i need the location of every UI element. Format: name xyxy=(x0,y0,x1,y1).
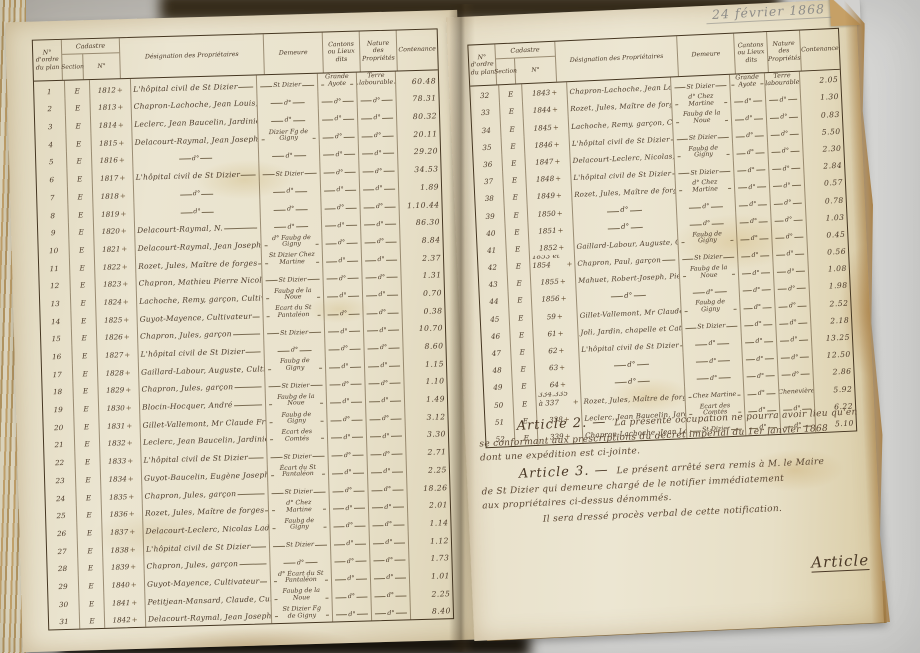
cell-sec: E xyxy=(500,101,524,119)
cell-sec: E xyxy=(69,222,94,240)
cell-cont: 1.15 xyxy=(404,353,446,372)
cell-dem: Écart du St Pantaléon xyxy=(268,463,329,482)
cell-no: 23 xyxy=(45,470,76,489)
cell-num: 1835 xyxy=(101,486,142,505)
cell-dem: St Dizier Fg de Gigny xyxy=(272,604,333,623)
cell-canton: d° xyxy=(732,108,768,127)
cell-no: 5 xyxy=(36,152,67,171)
cell-cont: 12.50 xyxy=(812,345,853,364)
cell-num: 1836 xyxy=(102,503,143,522)
cell-no: 28 xyxy=(47,558,78,577)
cell-nature: d° xyxy=(769,157,805,176)
cell-num: 61 xyxy=(533,323,579,342)
cell-sec: E xyxy=(78,540,103,558)
cell-canton: d° xyxy=(327,391,366,410)
cell-sec: E xyxy=(502,136,526,154)
cell-cont: 60.48 xyxy=(396,70,438,89)
cell-num: 1817 xyxy=(92,167,133,186)
cell-no: 39 xyxy=(476,205,506,223)
cell-no: 25 xyxy=(46,505,77,524)
cell-cont: 1.49 xyxy=(405,389,447,408)
cell-num: 1843 xyxy=(522,82,568,101)
cell-no: 47 xyxy=(482,343,512,361)
cell-num: 1853 et 1854 xyxy=(530,254,576,273)
cell-no: 29 xyxy=(48,576,79,595)
cell-no: 1 xyxy=(34,81,65,100)
cell-num: 1816 xyxy=(92,150,133,169)
cell-nature: d° xyxy=(365,372,404,391)
cell-no: 40 xyxy=(476,223,506,241)
cell-sec: E xyxy=(507,256,531,274)
cell-canton: d° xyxy=(325,320,364,339)
cell-no: 15 xyxy=(41,328,72,347)
cell-sec: E xyxy=(501,119,525,137)
cell-cont: 0.83 xyxy=(801,104,842,123)
cell-nature: d° xyxy=(368,478,407,497)
cell-cont: 3.30 xyxy=(406,424,448,443)
cell-canton: d° xyxy=(733,142,769,161)
cell-cont: 1.14 xyxy=(408,512,450,531)
cell-num: 1825 xyxy=(96,309,137,328)
cell-dem: d° Faubg de Gigny xyxy=(261,233,322,252)
cell-sec: E xyxy=(505,204,529,222)
cell-no: 34 xyxy=(472,120,502,138)
cell-sec: E xyxy=(68,204,93,222)
cell-sec: E xyxy=(70,257,95,275)
header-designation: Désignation des Propriétaires xyxy=(120,34,265,78)
cell-sec: E xyxy=(74,416,99,434)
cell-dem: St Dizier Faubg de Gigny xyxy=(269,516,330,535)
header-parcel-number: N° xyxy=(515,57,556,84)
cell-no: 3 xyxy=(35,116,66,135)
cell-cont: 1.73 xyxy=(409,548,451,567)
cell-num: 1812 xyxy=(90,79,131,98)
cell-no: 38 xyxy=(475,188,505,206)
cell-canton: d° xyxy=(322,232,361,251)
cell-canton: d° xyxy=(731,90,767,109)
cell-canton: d° xyxy=(323,267,362,286)
cell-sec: E xyxy=(509,290,533,308)
cell-sec: E xyxy=(502,153,526,171)
cell-sec: E xyxy=(76,469,101,487)
cell-cont: 1.10 xyxy=(404,371,446,390)
cell-no: 12 xyxy=(39,275,70,294)
cell-no: 21 xyxy=(44,434,75,453)
cell-cont: 3.12 xyxy=(405,406,447,425)
cell-sec: E xyxy=(511,342,535,360)
cell-num: 1856 xyxy=(532,288,578,307)
cell-nature: d° xyxy=(371,584,410,603)
header-order-number: N° d'ordre du plan xyxy=(33,40,63,81)
cell-dem: d° Chez Martine xyxy=(269,498,330,517)
cell-num: 1851 xyxy=(528,220,574,239)
folded-corner xyxy=(829,0,860,26)
cell-num: 1829 xyxy=(98,380,139,399)
cell-canton: d° xyxy=(321,196,360,215)
cell-dem: St Dizier xyxy=(262,268,323,287)
cell-canton: d° xyxy=(331,550,370,569)
cell-sec: E xyxy=(77,504,102,522)
cell-dem: d° xyxy=(258,109,319,128)
cell-dem: St Dizier xyxy=(264,321,325,340)
cell-nature: d° xyxy=(369,496,408,515)
cell-no: 46 xyxy=(481,326,511,344)
cell-canton: d° xyxy=(324,302,363,321)
cell-canton: d° xyxy=(330,515,369,534)
cell-nature: d° xyxy=(768,140,804,159)
cell-nature: d° xyxy=(360,195,399,214)
cell-dem: d° xyxy=(270,551,331,570)
cell-sec: E xyxy=(69,239,94,257)
cell-canton: d° xyxy=(735,176,771,195)
cell-nature: Chenevière xyxy=(779,381,815,400)
cell-sec: E xyxy=(512,359,536,377)
cell-dem: St Dizier xyxy=(259,162,320,181)
cell-no: 33 xyxy=(471,102,501,120)
cell-cont: 5.50 xyxy=(802,121,843,140)
cell-sec: E xyxy=(513,393,537,411)
cell-canton: d° xyxy=(735,193,771,212)
cell-num: 64 xyxy=(535,374,581,393)
cell-canton: d° xyxy=(330,497,369,516)
cell-cont: 1.30 xyxy=(801,87,842,106)
cell-num: 63 xyxy=(535,357,581,376)
cell-canton: d° xyxy=(743,365,779,384)
cell-canton: d° xyxy=(734,159,770,178)
cell-num: 1834 xyxy=(101,468,142,487)
cell-nature: d° xyxy=(361,213,400,232)
cell-nature: d° xyxy=(772,226,808,245)
cell-sec: E xyxy=(66,133,91,151)
ledger-photograph: 24 février 1868 N° d'ordre du plan Cadas… xyxy=(0,0,920,653)
cell-cont: 2.01 xyxy=(408,495,450,514)
cell-cont: 1.03 xyxy=(806,207,847,226)
cell-num: 1842 xyxy=(105,609,146,628)
cell-nature: d° xyxy=(363,284,402,303)
cell-nature: d° xyxy=(773,260,809,279)
cell-dem: St Dizier Écart des Comtés xyxy=(267,427,328,446)
cell-no: 26 xyxy=(46,523,77,542)
cell-dem: St Dizier Chez Martine xyxy=(262,251,323,270)
cell-cont: 10.70 xyxy=(403,318,445,337)
cell-nature: d° xyxy=(369,514,408,533)
cell-canton: d° xyxy=(333,603,372,622)
cell-nature: d° xyxy=(774,278,810,297)
cell-sec: E xyxy=(67,151,92,169)
cell-nature: d° xyxy=(358,125,397,144)
cell-cont: 2.25 xyxy=(410,583,452,602)
cell-sec: E xyxy=(509,307,533,325)
cell-sec: E xyxy=(75,451,100,469)
cell-num: 1813 xyxy=(90,97,131,116)
cell-nature: d° xyxy=(776,312,812,331)
cell-num: 1832 xyxy=(100,433,141,452)
cell-no: 10 xyxy=(38,240,69,259)
cell-cont: 2.86 xyxy=(813,362,854,381)
cell-cont: 0.57 xyxy=(805,173,846,192)
cell-num: 1831 xyxy=(99,415,140,434)
cell-nature: d° xyxy=(364,319,403,338)
cell-nature: d° xyxy=(372,602,411,621)
cell-cont: 1.31 xyxy=(401,265,443,284)
cell-dem: Écart des Comtés St Dizier Fg de Gigny xyxy=(258,127,319,146)
cell-nature: d° xyxy=(773,243,809,262)
cell-name: Delacourt-Raymal, Jean Joseph xyxy=(146,606,272,627)
cell-nature: d° xyxy=(775,295,811,314)
cell-dem: St Dizier xyxy=(270,533,331,552)
cell-num: 1846 xyxy=(524,134,570,153)
cell-canton: d° xyxy=(327,409,366,428)
left-table: N° d'ordre du plan Cadastre Section N° D… xyxy=(32,28,454,630)
cell-no: 32 xyxy=(470,85,500,103)
cell-no: 14 xyxy=(40,311,71,330)
cell-no: 4 xyxy=(35,134,66,153)
cell-num: 1820 xyxy=(94,220,135,239)
article-2-label: Article 2. — xyxy=(516,415,606,434)
cell-num: 1844 xyxy=(523,99,569,118)
cell-no: 16 xyxy=(41,346,72,365)
cell-sec: E xyxy=(504,187,528,205)
cell-cont: 1.12 xyxy=(409,530,451,549)
cell-cont: 20.11 xyxy=(397,123,439,142)
cell-nature: d° xyxy=(770,192,806,211)
header-parcel-number: N° xyxy=(83,53,120,79)
cell-nature: d° xyxy=(367,443,406,462)
cell-nature: d° xyxy=(370,531,409,550)
cell-dem: d° xyxy=(260,180,321,199)
cell-sec: E xyxy=(79,575,104,593)
cell-canton: d° xyxy=(325,338,364,357)
articles-text: Article 2. —La présente occupation ne po… xyxy=(478,401,865,530)
cell-num: 59 xyxy=(532,305,578,324)
cell-nature: Terre labourable xyxy=(765,72,801,91)
cell-cont: 2.37 xyxy=(401,247,443,266)
cell-no: 31 xyxy=(49,611,80,630)
cell-sec: E xyxy=(73,381,98,399)
cell-num: 1830 xyxy=(99,397,140,416)
cell-canton: d° xyxy=(736,211,772,230)
header-section: Section xyxy=(62,54,84,80)
cell-num: 1839 xyxy=(103,556,144,575)
cell-dem: St Dizier Faubg de Gigny xyxy=(266,410,327,429)
cell-no: 42 xyxy=(478,257,508,275)
cell-sec: E xyxy=(72,345,97,363)
article-3-label: Article 3. — xyxy=(519,463,609,482)
cell-sec: E xyxy=(499,84,523,102)
cell-cont: 0.78 xyxy=(805,190,846,209)
cell-cont: 0.45 xyxy=(807,224,848,243)
cell-no: 22 xyxy=(44,452,75,471)
cell-cont: 1.01 xyxy=(410,565,452,584)
cell-num: 1848 xyxy=(526,168,572,187)
cell-canton: d° xyxy=(740,296,776,315)
cell-num: 1852 xyxy=(529,237,575,256)
header-canton: Cantons ou Lieux dits xyxy=(734,32,769,73)
header-nature: Nature des Propriétés xyxy=(767,31,802,72)
cell-num: 1827 xyxy=(97,344,138,363)
cell-no: 48 xyxy=(483,360,513,378)
cell-no: 8 xyxy=(37,205,68,224)
cell-sec: E xyxy=(76,487,101,505)
cell-cont: 1.08 xyxy=(808,259,849,278)
cell-canton: d° xyxy=(326,356,365,375)
cell-cont: 0.70 xyxy=(402,283,444,302)
cell-nature: d° xyxy=(778,364,814,383)
cell-nature: d° xyxy=(365,354,404,373)
cell-sec: E xyxy=(79,593,104,611)
cell-dem: d° xyxy=(261,215,322,234)
cell-dem: d° xyxy=(257,91,318,110)
cell-canton: d° xyxy=(331,532,370,551)
cell-no: 7 xyxy=(37,187,68,206)
cell-dem: St Dizier Écart du St Pantaléon xyxy=(263,304,324,323)
cell-dem: St Dizier Faubg de la Noue xyxy=(263,286,324,305)
cell-cont: 34.53 xyxy=(398,159,440,178)
cell-num: 1824 xyxy=(96,291,137,310)
cell-canton: d° xyxy=(742,331,778,350)
cell-no: 43 xyxy=(479,274,509,292)
ledger-right-page: N° d'ordre du plan Cadastre Section N° D… xyxy=(446,0,884,641)
cell-canton: d° xyxy=(742,348,778,367)
cell-dem: St Dizier xyxy=(265,374,326,393)
cell-sec: E xyxy=(71,292,96,310)
cell-nature: d° xyxy=(766,106,802,125)
header-canton: Cantons ou Lieux dits xyxy=(323,32,361,73)
cell-nature: d° xyxy=(770,175,806,194)
cell-canton: d° xyxy=(732,125,768,144)
cell-dem: St Dizier Faubg de la Noue xyxy=(271,586,332,605)
cell-no: 11 xyxy=(39,258,70,277)
cell-sec: E xyxy=(71,310,96,328)
cell-nature: d° xyxy=(363,301,402,320)
cell-sec: E xyxy=(70,275,95,293)
cell-canton: d° xyxy=(318,90,357,109)
cell-num: 1837 xyxy=(102,521,143,540)
cell-num: 1847 xyxy=(525,151,571,170)
cell-num: 334.335 à 337 xyxy=(536,391,582,410)
cell-num: 1819 xyxy=(93,203,134,222)
cell-dem: d° xyxy=(259,144,320,163)
cell-sec: E xyxy=(65,98,90,116)
cell-cont: 1.89 xyxy=(399,176,441,195)
cell-cont: 2.71 xyxy=(406,442,448,461)
cell-cont: 13.25 xyxy=(812,327,853,346)
cell-nature: d° xyxy=(359,142,398,161)
cell-canton: La Grande Ayote xyxy=(318,73,357,92)
cell-num: 1818 xyxy=(93,185,134,204)
cell-canton: d° xyxy=(329,479,368,498)
cell-sec: E xyxy=(67,168,92,186)
header-section: Section xyxy=(496,59,516,85)
cell-sec: E xyxy=(505,222,529,240)
cell-dem: Faubg de Gigny xyxy=(265,357,326,376)
header-designation: Désignation des Propriétaires xyxy=(555,36,679,81)
cell-canton: d° xyxy=(320,161,359,180)
cell-num: 1850 xyxy=(528,202,574,221)
cell-canton: d° xyxy=(332,585,371,604)
cell-num: 1822 xyxy=(95,256,136,275)
cell-cont: 1.10.44 xyxy=(399,194,441,213)
cell-canton: d° xyxy=(324,285,363,304)
cell-nature: d° xyxy=(370,549,409,568)
cell-sec: E xyxy=(68,186,93,204)
cell-no: 35 xyxy=(473,137,503,155)
header-cadastre: Cadastre xyxy=(62,38,119,55)
cell-num: 62 xyxy=(534,340,580,359)
cell-sec: E xyxy=(506,239,530,257)
header-demeure: Demeure xyxy=(677,34,736,77)
cell-nature: d° xyxy=(771,209,807,228)
cell-dem: d° Écart du St Pantaléon xyxy=(271,569,332,588)
cell-nature: d° xyxy=(766,89,802,108)
cell-sec: E xyxy=(77,522,102,540)
cell-num: 1838 xyxy=(103,539,144,558)
cell-sec: E xyxy=(66,115,91,133)
cell-nature: d° xyxy=(371,567,410,586)
cell-num: 1814 xyxy=(91,114,132,133)
cell-no: 36 xyxy=(473,154,503,172)
cell-nature: d° xyxy=(364,337,403,356)
cell-no: 27 xyxy=(47,540,78,559)
cell-num: 1821 xyxy=(94,238,135,257)
cell-num: 1840 xyxy=(104,574,145,593)
cell-no: 17 xyxy=(42,364,73,383)
cell-no: 49 xyxy=(483,377,513,395)
cell-sec: E xyxy=(65,80,90,98)
cell-canton: d° xyxy=(319,108,358,127)
cell-cont: 29.20 xyxy=(398,141,440,160)
header-contenance: Contenance xyxy=(800,29,840,71)
cell-canton: d° xyxy=(319,126,358,145)
cell-canton: La Grande Ayote xyxy=(730,73,766,92)
cell-cont: 0.38 xyxy=(402,300,444,319)
cell-canton: d° xyxy=(322,214,361,233)
cell-dem: Faubg de la Noue xyxy=(266,392,327,411)
cell-sec: E xyxy=(512,376,536,394)
cell-sec: E xyxy=(74,398,99,416)
cell-no: 6 xyxy=(36,169,67,188)
cell-canton: d° xyxy=(739,279,775,298)
cell-nature: d° xyxy=(360,178,399,197)
cell-nature: d° xyxy=(777,329,813,348)
cell-canton: d° xyxy=(737,228,773,247)
cell-canton: d° xyxy=(738,245,774,264)
header-contenance: Contenance xyxy=(397,29,438,70)
cell-nature: d° xyxy=(357,89,396,108)
cell-nature: d° xyxy=(358,107,397,126)
cell-canton: d° xyxy=(741,314,777,333)
cell-sec: E xyxy=(78,557,103,575)
cell-no: 30 xyxy=(48,594,79,613)
cell-num: 1826 xyxy=(97,326,138,345)
cell-cont: 1.98 xyxy=(809,276,850,295)
right-table-body: 32E1843Chapron-Lachoche, Jean Louis, 7e … xyxy=(470,70,856,447)
cell-num: 1845 xyxy=(524,117,570,136)
cell-canton: d° xyxy=(744,382,780,401)
cell-dem: d° xyxy=(260,197,321,216)
cell-no: 18 xyxy=(42,381,73,400)
cell-num: 1833 xyxy=(100,450,141,469)
cell-nature: d° xyxy=(359,160,398,179)
header-cadastre-group: Cadastre Section N° xyxy=(62,38,121,80)
cell-no: 50 xyxy=(484,394,514,412)
cell-num: 1823 xyxy=(95,273,136,292)
cell-nature: d° xyxy=(367,425,406,444)
left-table-body: 1E1812L'hôpital civil de St DizierSt Diz… xyxy=(34,70,453,629)
cell-dem: d° xyxy=(264,339,325,358)
cell-nature: d° xyxy=(362,248,401,267)
cell-nature: Terre labourable xyxy=(357,72,396,91)
